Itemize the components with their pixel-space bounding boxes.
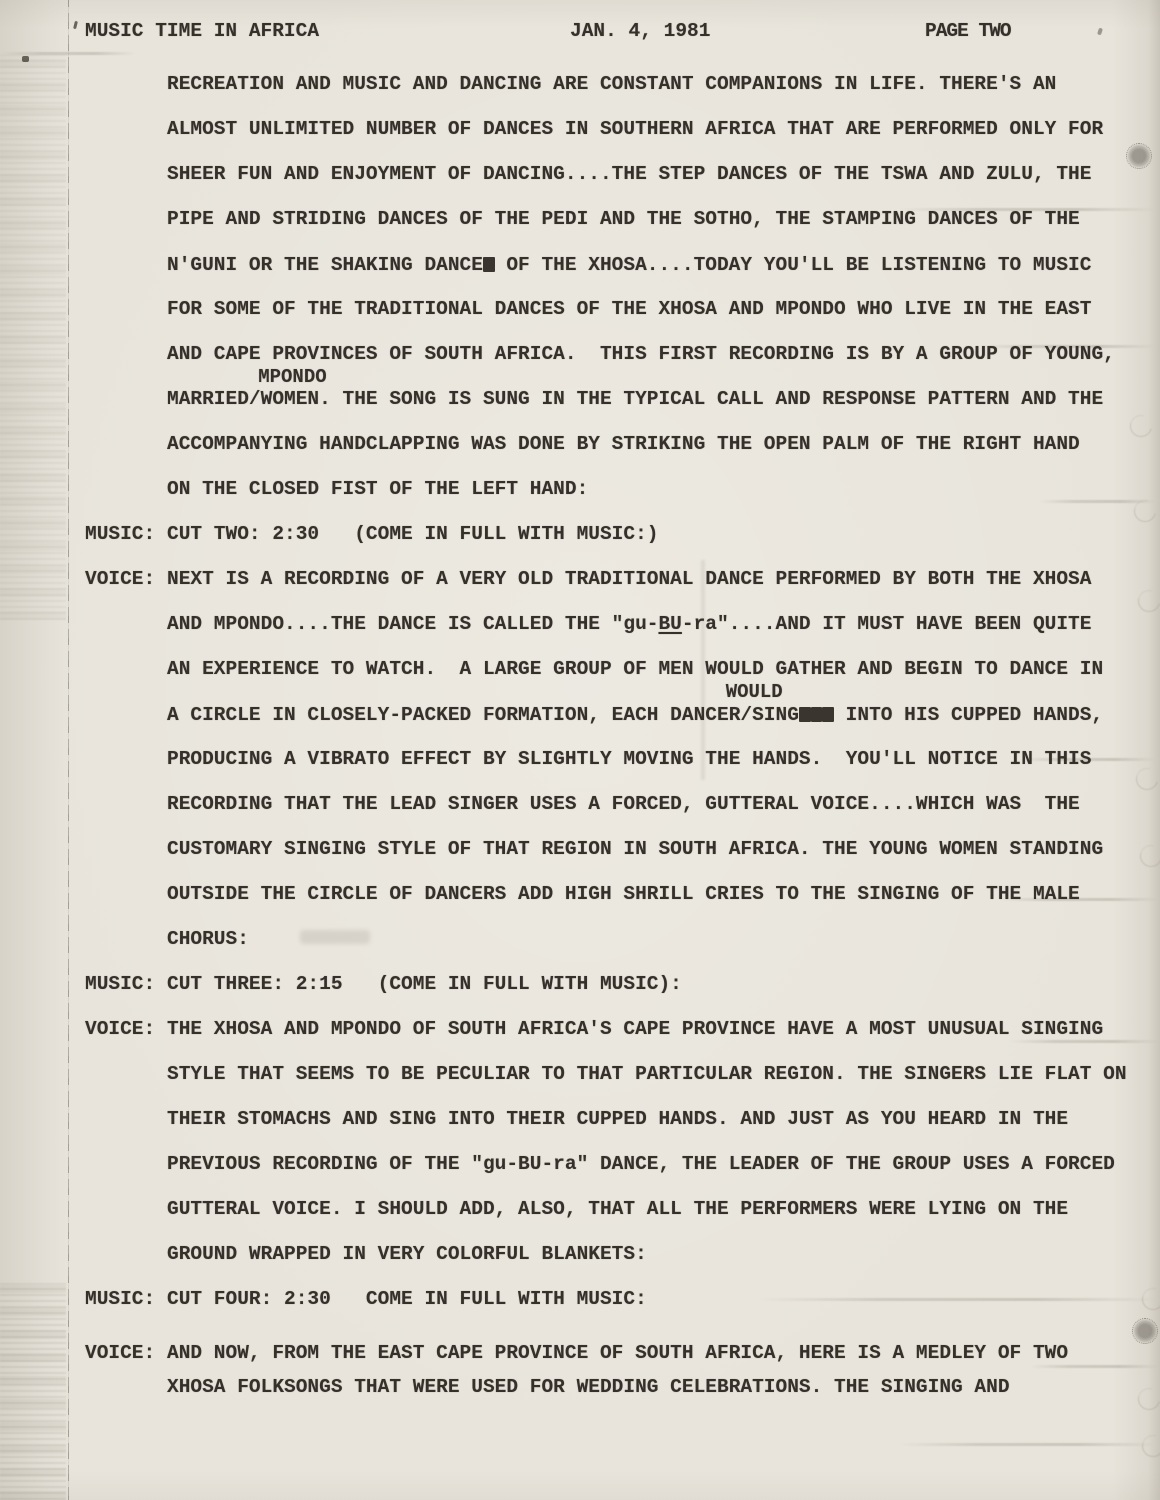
cue-label xyxy=(85,368,167,387)
script-line: THEIR STOMACHS AND SING INTO THEIR CUPPE… xyxy=(85,1110,1068,1130)
cue-line: MUSIC:CUT FOUR: 2:30 COME IN FULL WITH M… xyxy=(85,1290,647,1310)
script-line: PIPE AND STRIDING DANCES OF THE PEDI AND… xyxy=(85,210,1080,230)
cue-label xyxy=(85,683,167,702)
line-text: CUT TWO: 2:30 (COME IN FULL WITH MUSIC:) xyxy=(167,525,658,545)
cue-label xyxy=(85,1065,167,1085)
cue-label xyxy=(85,1155,167,1175)
cue-label xyxy=(85,1245,167,1265)
script-line: N'GUNI OR THE SHAKING DANCE OF THE XHOSA… xyxy=(85,255,1091,276)
script-line: CUSTOMARY SINGING STYLE OF THAT REGION I… xyxy=(85,840,1103,860)
script-line: AND MPONDO....THE DANCE IS CALLED THE "g… xyxy=(85,615,1091,635)
cue-label xyxy=(85,435,167,455)
line-text: AND NOW, FROM THE EAST CAPE PROVINCE OF … xyxy=(167,1344,1068,1364)
line-text: CUSTOMARY SINGING STYLE OF THAT REGION I… xyxy=(167,840,1103,860)
cue-label: VOICE: xyxy=(85,1020,167,1040)
line-text: NEXT IS A RECORDING OF A VERY OLD TRADIT… xyxy=(167,570,1091,590)
header-title: MUSIC TIME IN AFRICA xyxy=(85,22,319,42)
cue-label xyxy=(85,210,167,230)
cue-label xyxy=(85,930,167,950)
script-line: OUTSIDE THE CIRCLE OF DANCERS ADD HIGH S… xyxy=(85,885,1080,905)
cue-line: MUSIC:CUT TWO: 2:30 (COME IN FULL WITH M… xyxy=(85,525,658,545)
script-line: ON THE CLOSED FIST OF THE LEFT HAND: xyxy=(85,480,588,500)
bottom-left-scan-noise xyxy=(0,1283,66,1500)
cue-label xyxy=(85,615,167,635)
cue-label: VOICE: xyxy=(85,1344,167,1364)
script-line: A CIRCLE IN CLOSELY-PACKED FORMATION, EA… xyxy=(85,705,1103,726)
script-line: GUTTERAL VOICE. I SHOULD ADD, ALSO, THAT… xyxy=(85,1200,1068,1220)
line-text: FOR SOME OF THE TRADITIONAL DANCES OF TH… xyxy=(167,300,1091,320)
scan-streak xyxy=(1030,1365,1158,1368)
line-text: RECREATION AND MUSIC AND DANCING ARE CON… xyxy=(167,75,1056,95)
script-line: PREVIOUS RECORDING OF THE "gu-BU-ra" DAN… xyxy=(85,1155,1115,1175)
cue-label xyxy=(85,1110,167,1130)
binder-hole-mark xyxy=(1132,1318,1158,1344)
script-line: ACCOMPANYING HANDCLAPPING WAS DONE BY ST… xyxy=(85,435,1080,455)
line-text: SHEER FUN AND ENJOYMENT OF DANCING....TH… xyxy=(167,165,1091,185)
script-line: AND CAPE PROVINCES OF SOUTH AFRICA. THIS… xyxy=(85,345,1115,365)
eraser-smudge xyxy=(300,930,370,944)
line-text: AND MPONDO....THE DANCE IS CALLED THE "g… xyxy=(167,615,1091,635)
cue-label xyxy=(85,660,167,680)
cue-label xyxy=(85,885,167,905)
scan-streak xyxy=(900,1443,1155,1446)
left-edge-scan-noise xyxy=(0,55,66,620)
cue-label xyxy=(85,165,167,185)
line-text: N'GUNI OR THE SHAKING DANCE OF THE XHOSA… xyxy=(167,255,1091,276)
cue-label: MUSIC: xyxy=(85,1290,167,1310)
cue-label xyxy=(85,390,167,410)
line-text: CUT FOUR: 2:30 COME IN FULL WITH MUSIC: xyxy=(167,1290,647,1310)
scanned-script-page: MUSIC TIME IN AFRICA JAN. 4, 1981 PAGE T… xyxy=(0,0,1160,1500)
cue-label xyxy=(85,120,167,140)
script-line: RECORDING THAT THE LEAD SINGER USES A FO… xyxy=(85,795,1080,815)
cue-line: VOICE:THE XHOSA AND MPONDO OF SOUTH AFRI… xyxy=(85,1020,1103,1040)
line-text: RECORDING THAT THE LEAD SINGER USES A FO… xyxy=(167,795,1080,815)
inserted-word: MPONDO xyxy=(85,368,327,387)
stray-comma-mark xyxy=(1097,28,1103,36)
cue-line: VOICE:NEXT IS A RECORDING OF A VERY OLD … xyxy=(85,570,1091,590)
line-text: MPONDO xyxy=(167,368,327,387)
line-text: THE XHOSA AND MPONDO OF SOUTH AFRICA'S C… xyxy=(167,1020,1103,1040)
paper-fold-line xyxy=(68,0,69,1500)
script-line: FOR SOME OF THE TRADITIONAL DANCES OF TH… xyxy=(85,300,1091,320)
line-text: AND CAPE PROVINCES OF SOUTH AFRICA. THIS… xyxy=(167,345,1115,365)
line-text: GUTTERAL VOICE. I SHOULD ADD, ALSO, THAT… xyxy=(167,1200,1068,1220)
header-date: JAN. 4, 1981 xyxy=(570,22,710,42)
line-text: THEIR STOMACHS AND SING INTO THEIR CUPPE… xyxy=(167,1110,1068,1130)
cue-label xyxy=(85,345,167,365)
script-line: PRODUCING A VIBRATO EFFECT BY SLIGHTLY M… xyxy=(85,750,1091,770)
cue-label xyxy=(85,75,167,95)
line-text: WOULD xyxy=(167,683,783,702)
cue-label xyxy=(85,705,167,726)
binder-hole-mark xyxy=(1134,1384,1160,1414)
scan-streak xyxy=(0,52,135,55)
cue-label: VOICE: xyxy=(85,570,167,590)
binder-hole-mark xyxy=(1132,764,1160,794)
line-text: CUT THREE: 2:15 (COME IN FULL WITH MUSIC… xyxy=(167,975,682,995)
line-text: ACCOMPANYING HANDCLAPPING WAS DONE BY ST… xyxy=(167,435,1080,455)
binder-hole-mark xyxy=(1138,1284,1160,1314)
line-text: MARRIED/WOMEN. THE SONG IS SUNG IN THE T… xyxy=(167,390,1103,410)
cue-label xyxy=(85,300,167,320)
line-text: XHOSA FOLKSONGS THAT WERE USED FOR WEDDI… xyxy=(167,1378,1010,1398)
cue-label: MUSIC: xyxy=(85,525,167,545)
line-text: AN EXPERIENCE TO WATCH. A LARGE GROUP OF… xyxy=(167,660,1103,680)
binder-hole-mark xyxy=(1134,586,1160,616)
line-text: PIPE AND STRIDING DANCES OF THE PEDI AND… xyxy=(167,210,1080,230)
cue-label xyxy=(85,255,167,276)
cue-label: MUSIC: xyxy=(85,975,167,995)
script-line: XHOSA FOLKSONGS THAT WERE USED FOR WEDDI… xyxy=(85,1378,1010,1398)
line-text: ALMOST UNLIMITED NUMBER OF DANCES IN SOU… xyxy=(167,120,1103,140)
scan-streak xyxy=(1010,1040,1158,1043)
binder-hole-mark xyxy=(1126,143,1152,169)
cue-label xyxy=(85,840,167,860)
cue-label xyxy=(85,1200,167,1220)
line-text: STYLE THAT SEEMS TO BE PECULIAR TO THAT … xyxy=(167,1065,1127,1085)
script-line: CHORUS: xyxy=(85,930,249,950)
ink-speck xyxy=(22,56,29,62)
script-line: GROUND WRAPPED IN VERY COLORFUL BLANKETS… xyxy=(85,1245,647,1265)
cue-label xyxy=(85,795,167,815)
line-text: PRODUCING A VIBRATO EFFECT BY SLIGHTLY M… xyxy=(167,750,1091,770)
stray-tick-mark xyxy=(73,21,78,29)
cue-label xyxy=(85,1378,167,1398)
line-text: A CIRCLE IN CLOSELY-PACKED FORMATION, EA… xyxy=(167,705,1103,726)
script-line: ALMOST UNLIMITED NUMBER OF DANCES IN SOU… xyxy=(85,120,1103,140)
line-text: ON THE CLOSED FIST OF THE LEFT HAND: xyxy=(167,480,588,500)
scan-streak xyxy=(760,1298,1155,1301)
script-line: MARRIED/WOMEN. THE SONG IS SUNG IN THE T… xyxy=(85,390,1103,410)
cue-label xyxy=(85,750,167,770)
binder-hole-mark xyxy=(1136,841,1160,871)
line-text: CHORUS: xyxy=(167,930,249,950)
inserted-word: WOULD xyxy=(85,683,783,702)
script-line: AN EXPERIENCE TO WATCH. A LARGE GROUP OF… xyxy=(85,660,1103,680)
script-line: STYLE THAT SEEMS TO BE PECULIAR TO THAT … xyxy=(85,1065,1127,1085)
script-line: RECREATION AND MUSIC AND DANCING ARE CON… xyxy=(85,75,1056,95)
script-line: SHEER FUN AND ENJOYMENT OF DANCING....TH… xyxy=(85,165,1091,185)
cue-label xyxy=(85,480,167,500)
line-text: PREVIOUS RECORDING OF THE "gu-BU-ra" DAN… xyxy=(167,1155,1115,1175)
header-page-number: PAGE TWO xyxy=(925,22,1011,42)
cue-line: MUSIC:CUT THREE: 2:15 (COME IN FULL WITH… xyxy=(85,975,682,995)
binder-hole-mark xyxy=(1126,411,1156,441)
binder-hole-mark xyxy=(1138,1431,1160,1461)
cue-line: VOICE:AND NOW, FROM THE EAST CAPE PROVIN… xyxy=(85,1344,1068,1364)
line-text: GROUND WRAPPED IN VERY COLORFUL BLANKETS… xyxy=(167,1245,647,1265)
line-text: OUTSIDE THE CIRCLE OF DANCERS ADD HIGH S… xyxy=(167,885,1080,905)
